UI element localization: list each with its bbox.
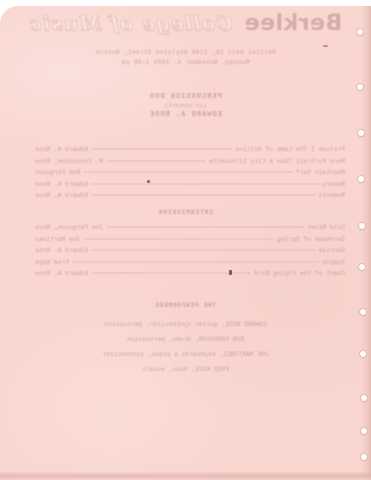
program-item: Memory Edward A. Rose xyxy=(35,181,345,193)
piece-title: Simple xyxy=(322,259,345,266)
punch-hole xyxy=(361,428,367,434)
mirrored-showthrough-layer: Berklee College of Music Recital Hall 1A… xyxy=(0,6,371,480)
dust-speck xyxy=(229,270,232,275)
brand-wordmark-bold: Berklee xyxy=(244,11,342,36)
piece-credit: Bob Ferguson xyxy=(35,169,80,176)
piece-credit: Joe Ferguson, Rose xyxy=(35,224,103,231)
program-item: Cold River Joe Ferguson, Rose xyxy=(35,224,345,236)
piece-credit: Edward A. Rose xyxy=(35,192,88,199)
dot-leader xyxy=(73,261,318,262)
performer-line: BOB FERGUSON, drums, percussion xyxy=(0,336,371,351)
punch-hole xyxy=(360,309,366,315)
berklee-logo: Berklee College of Music xyxy=(0,11,371,36)
punch-hole xyxy=(358,176,364,182)
punch-hole xyxy=(361,395,367,401)
piece-credit: Edward A. Rose xyxy=(35,181,88,188)
dust-speck xyxy=(323,45,328,47)
program-item: Moments Edward A. Rose xyxy=(35,192,345,204)
performer-line: JOE MARTINEZ, keyboards & piano, synthes… xyxy=(0,351,371,366)
recital-subtitle: (in concert) xyxy=(0,102,371,109)
paper-edge-shadow-bottom xyxy=(0,471,371,480)
dot-leader xyxy=(92,183,318,184)
scanned-program-page: Berklee College of Music Recital Hall 1A… xyxy=(0,0,371,480)
piece-credit: Fred Kaye xyxy=(35,259,69,266)
datetime-line: Monday, November 4, 1985 1:00 pm xyxy=(0,59,371,66)
piece-title: Memory xyxy=(322,181,345,188)
dot-leader xyxy=(92,273,250,274)
recital-title: PERCUSSION DUO xyxy=(0,93,371,101)
piece-title: More Portrait Than a City Silhouette xyxy=(209,158,345,165)
venue-line: Recital Hall 1A, 1140 Boylston Street, B… xyxy=(0,49,371,56)
piece-title: Chant of the Flying Bird xyxy=(254,270,345,277)
performer-line: EDWARD ROSE, guitar synthesizer, percuss… xyxy=(0,321,371,336)
program-item: More Portrait Than a City Silhouette M. … xyxy=(35,158,345,170)
program-item: Mountain Surf Bob Ferguson xyxy=(35,169,345,181)
program-item: Chant of the Flying Bird Edward A. Rose xyxy=(35,270,345,282)
dot-leader xyxy=(84,172,292,173)
dot-leader xyxy=(92,195,315,196)
punch-hole xyxy=(357,29,363,35)
punch-hole xyxy=(360,351,366,357)
piece-title: Serenade of Spring xyxy=(277,236,345,243)
dot-leader xyxy=(107,227,303,228)
dot-leader xyxy=(84,238,273,239)
program-item: Prelude I The Lamb of Hollins Edward A. … xyxy=(35,146,345,158)
performers-heading: THE PERFORMERS xyxy=(0,302,371,309)
program-item: Simple Fred Kaye xyxy=(35,259,345,271)
dot-leader xyxy=(107,160,205,161)
piece-credit: Edward A. Rose xyxy=(35,247,88,254)
program-item: Sunrise Edward A. Rose xyxy=(35,247,345,259)
punch-hole xyxy=(361,454,367,460)
piece-title: Sunrise xyxy=(319,247,345,254)
brand-wordmark-script: College of Music xyxy=(29,11,232,35)
dust-speck xyxy=(147,180,150,183)
piece-title: Cold River xyxy=(307,224,345,231)
piece-title: Mountain Surf xyxy=(296,169,345,176)
punch-hole xyxy=(358,130,364,136)
piece-credit: Edward A. Rose xyxy=(35,146,88,153)
pink-paper: Berklee College of Music Recital Hall 1A… xyxy=(0,6,371,480)
recital-performer-name: EDWARD A. ROSE xyxy=(0,111,371,119)
performers-list: EDWARD ROSE, guitar synthesizer, percuss… xyxy=(0,321,371,381)
piece-title: Prelude I The Lamb of Hollins xyxy=(235,146,345,153)
piece-credit: Edward A. Rose xyxy=(35,270,88,277)
program-list-first-half: Prelude I The Lamb of Hollins Edward A. … xyxy=(35,146,345,204)
program-list-second-half: Cold River Joe Ferguson, Rose Serenade o… xyxy=(35,224,345,282)
punch-hole xyxy=(357,84,363,90)
punch-hole xyxy=(359,223,365,229)
piece-credit: M. Considine, Rose xyxy=(35,158,103,165)
punch-hole xyxy=(359,264,365,270)
dot-leader xyxy=(92,149,232,150)
intermission-heading: INTERMISSION xyxy=(0,209,371,216)
piece-credit: Joe Martinez xyxy=(35,236,80,243)
performer-line: FRED KAYE, bass, vocals xyxy=(0,366,371,381)
paper-edge-shadow-right xyxy=(361,6,371,480)
piece-title: Moments xyxy=(319,192,345,199)
dot-leader xyxy=(92,250,315,251)
program-item: Serenade of Spring Joe Martinez xyxy=(35,236,345,248)
